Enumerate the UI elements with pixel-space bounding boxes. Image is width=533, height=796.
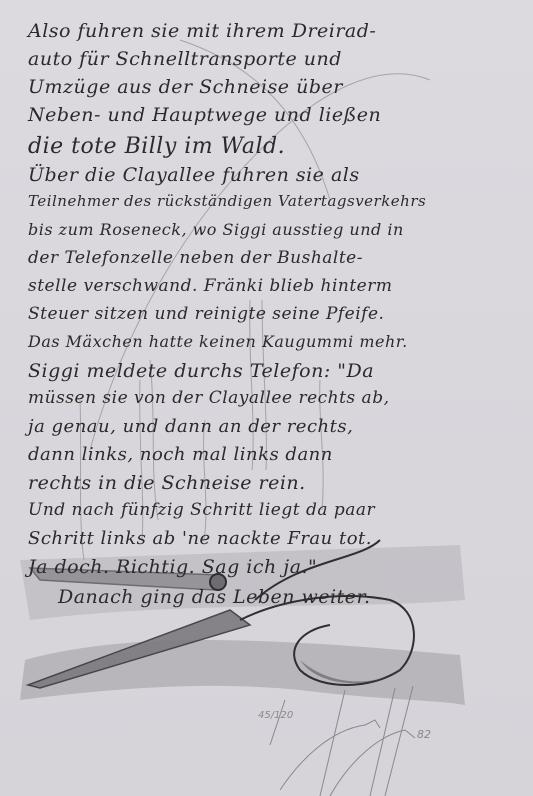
signature-year: 82 <box>417 728 431 741</box>
text-line: die tote Billy im Wald. <box>28 134 285 159</box>
text-line: bis zum Roseneck, wo Siggi ausstieg und … <box>28 220 404 239</box>
text-line: Schritt links ab 'ne nackte Frau tot. <box>28 528 372 549</box>
text-line: Das Mäxchen hatte keinen Kaugummi mehr. <box>28 332 408 351</box>
text-line: auto für Schnelltransporte und <box>28 48 342 70</box>
lithograph-sheet: Also fuhren sie mit ihrem Dreirad- auto … <box>0 0 533 796</box>
text-line: Ja doch. Richtig. Sag ich ja." <box>28 556 317 578</box>
text-line: Über die Clayallee fuhren sie als <box>28 164 360 186</box>
text-line: stelle verschwand. Fränki blieb hinterm <box>28 276 393 296</box>
text-line: Umzüge aus der Schneise über <box>28 76 343 98</box>
text-line: rechts in die Schneise rein. <box>28 472 306 494</box>
text-line: müssen sie von der Clayallee rechts ab, <box>28 388 389 408</box>
text-line: Und nach fünfzig Schritt liegt da paar <box>28 500 375 520</box>
text-line: Steuer sitzen und reinigte seine Pfeife. <box>28 304 384 324</box>
edition-number: 45/120 <box>258 710 293 721</box>
text-line: Danach ging das Leben weiter. <box>58 586 371 608</box>
text-line: dann links, noch mal links dann <box>28 444 333 465</box>
text-line: Neben- und Hauptwege und ließen <box>28 104 381 126</box>
text-line: Teilnehmer des rückständigen Vatertagsve… <box>28 192 426 210</box>
text-line: ja genau, und dann an der rechts, <box>28 416 353 437</box>
text-line: der Telefonzelle neben der Bushalte- <box>28 248 363 268</box>
text-line: Also fuhren sie mit ihrem Dreirad- <box>28 20 376 42</box>
text-line: Siggi meldete durchs Telefon: "Da <box>28 360 374 382</box>
